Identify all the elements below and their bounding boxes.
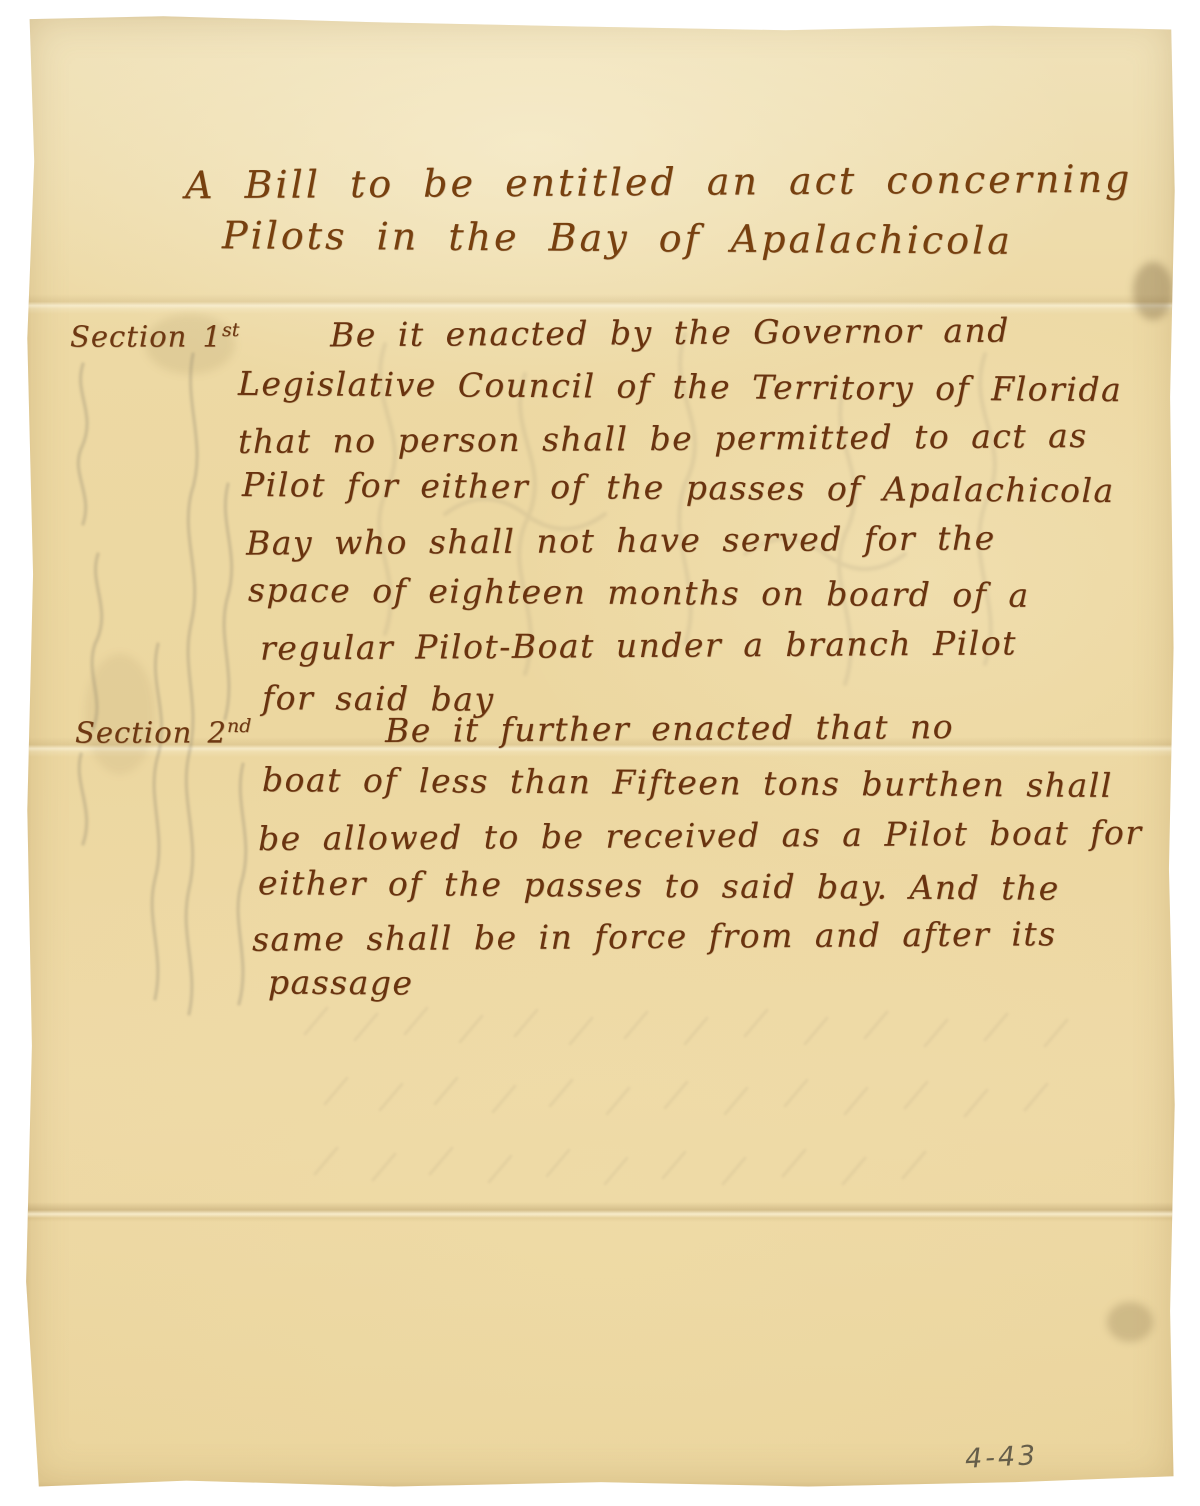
handwritten-line: passage [268, 962, 414, 1002]
handwritten-line: be allowed to be received as a Pilot boa… [258, 813, 1143, 858]
handwritten-line: Pilot for either of the passes of Apalac… [242, 465, 1115, 510]
document-title-line-2: Pilots in the Bay of Apalachicola [222, 213, 1013, 263]
handwritten-line: Be it enacted by the Governor and [330, 311, 1010, 355]
section-2-label: Section 2nd [75, 715, 251, 750]
handwritten-line: that no person shall be permitted to act… [238, 416, 1088, 461]
section-1-ordinal-suffix: st [222, 319, 239, 341]
handwritten-line: same shall be in force from and after it… [252, 914, 1057, 959]
handwritten-line: Legislative Council of the Territory of … [238, 364, 1122, 409]
handwritten-line: boat of less than Fifteen tons burthen s… [262, 760, 1113, 805]
section-1-label: Section 1st [70, 319, 239, 354]
archival-number: 4-43 [964, 1440, 1039, 1475]
paper-stain [1133, 262, 1173, 320]
section-1-label-text: Section 1 [70, 320, 222, 354]
handwritten-line: space of eighteen months on board of a [248, 570, 1030, 614]
handwritten-line: Bay who shall not have served for the [246, 518, 996, 562]
fold-crease-bottom [25, 1202, 1177, 1222]
section-2-label-text: Section 2 [75, 716, 227, 750]
handwritten-line: Be it further enacted that no [385, 707, 954, 750]
document-title-line-1: A Bill to be entitled an act concerning [185, 157, 1133, 208]
handwritten-line: regular Pilot-Boat under a branch Pilot [260, 623, 1017, 667]
paper-sheet: A Bill to be entitled an act concerning … [25, 14, 1177, 1488]
handwritten-line: either of the passes to said bay. And th… [258, 863, 1060, 908]
paper-stain [85, 654, 155, 774]
document-scan: A Bill to be entitled an act concerning … [0, 0, 1200, 1506]
section-2-ordinal-suffix: nd [227, 715, 251, 737]
bleed-through-marks [265, 994, 1145, 1224]
paper-stain [1107, 1302, 1153, 1342]
